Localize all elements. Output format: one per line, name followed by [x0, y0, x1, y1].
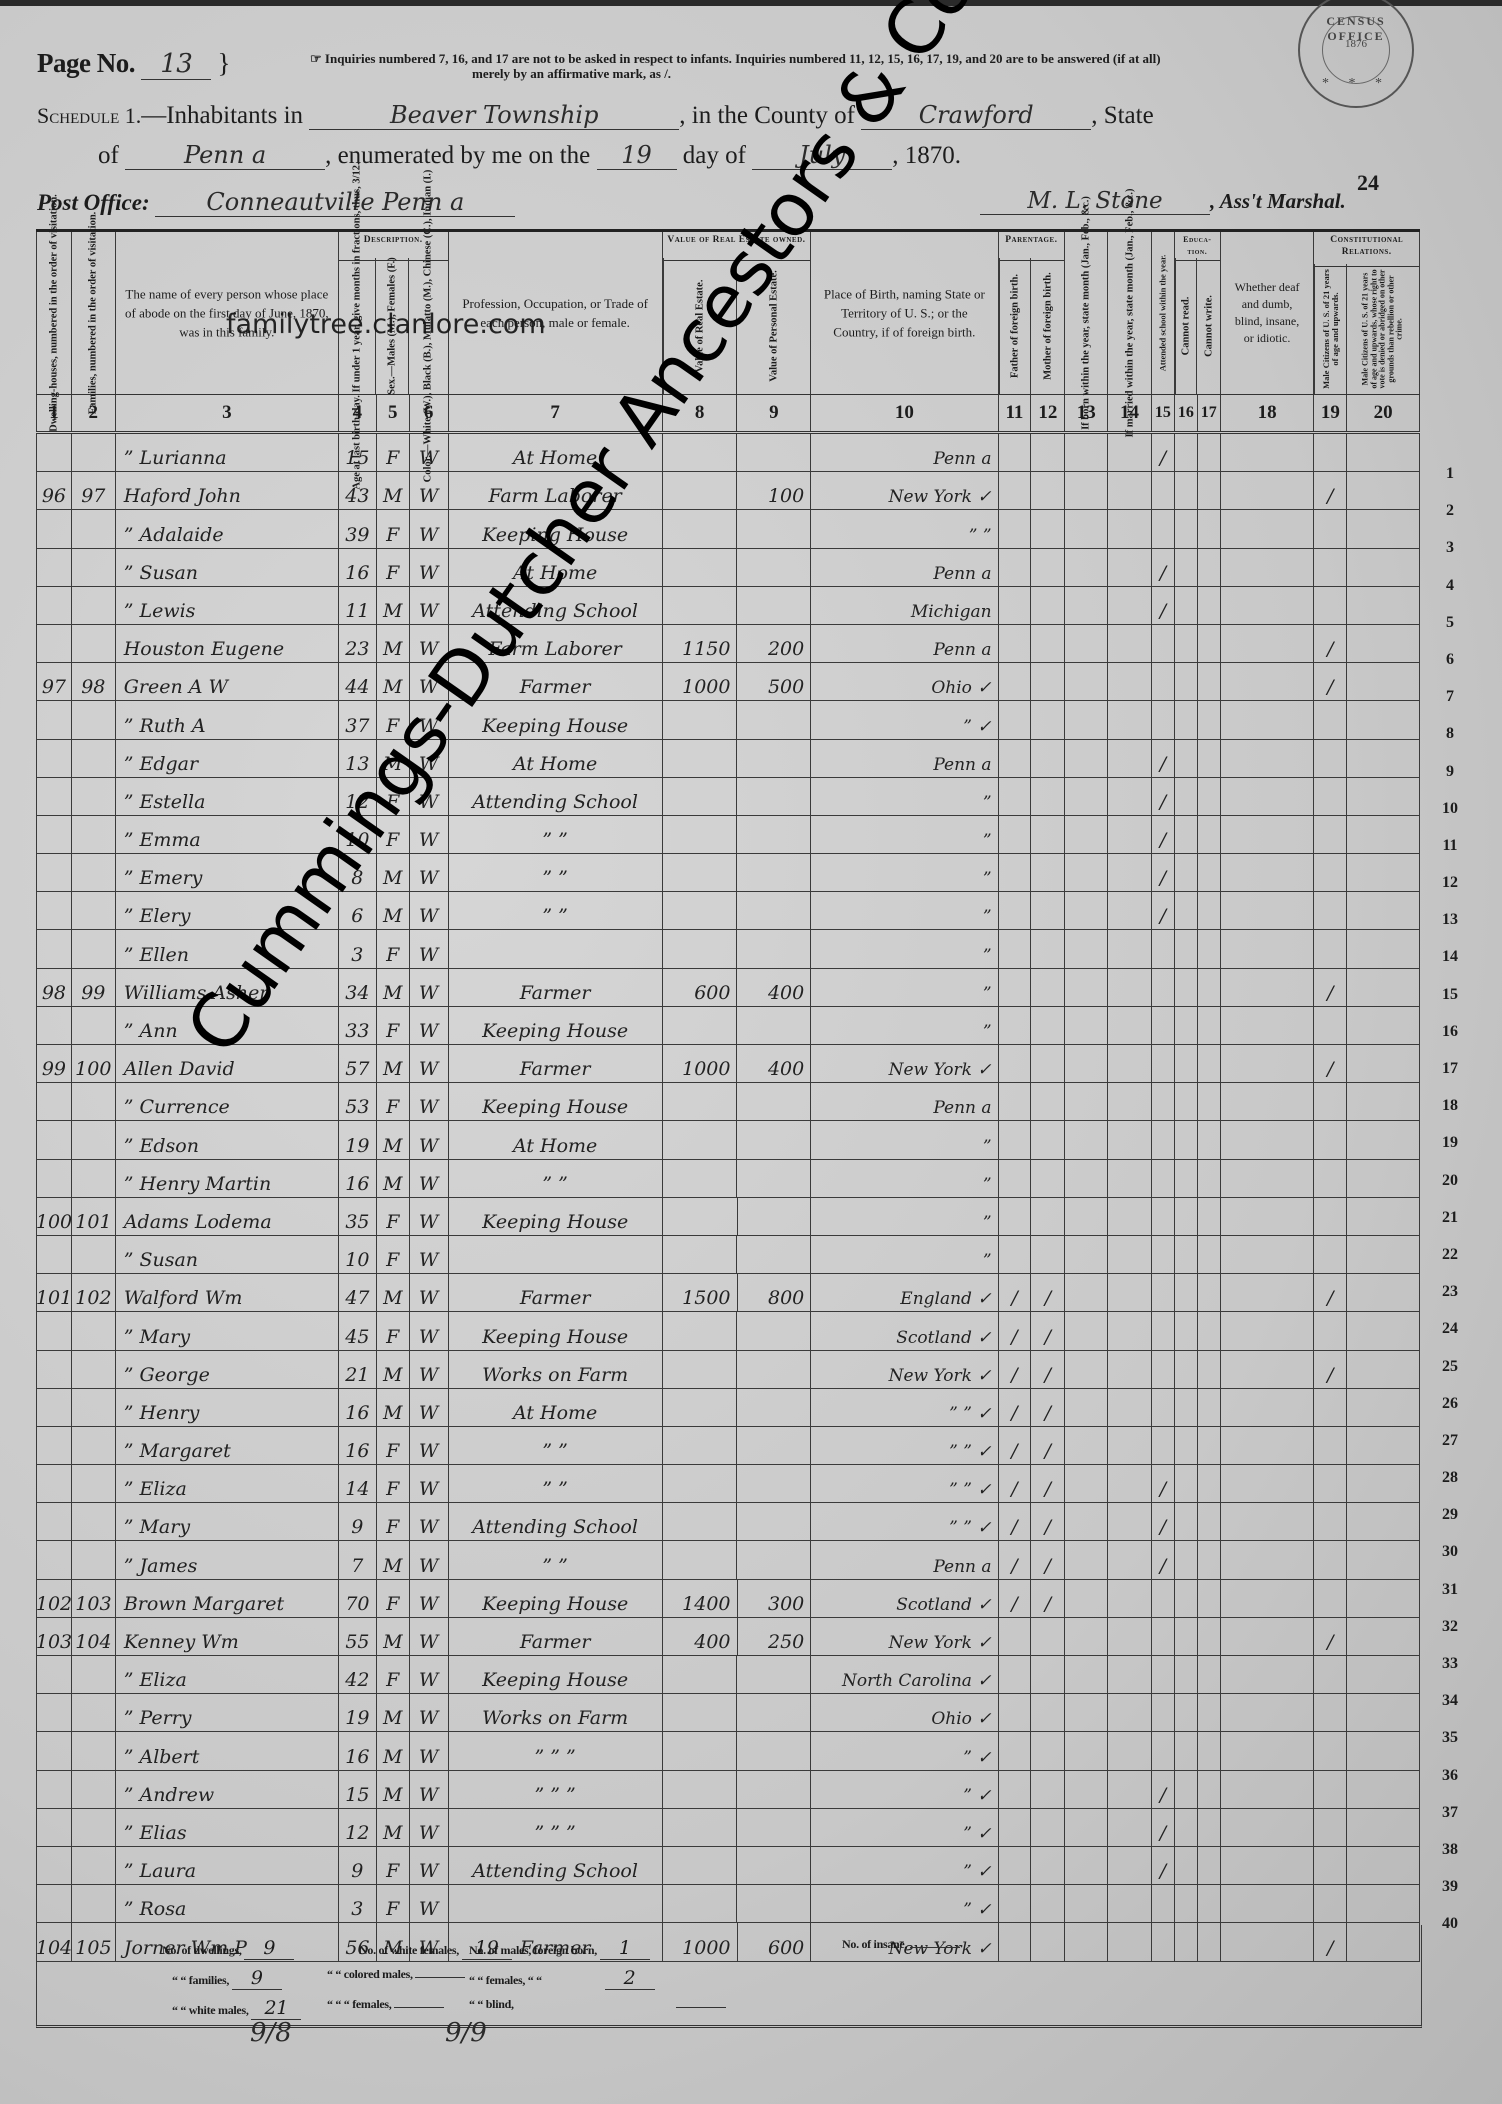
male-citizen-cell [1314, 1541, 1347, 1578]
sex-cell: M [377, 1541, 410, 1578]
disability-cell [1221, 701, 1315, 738]
born-within-year-cell [1065, 1389, 1108, 1426]
born-within-year-cell [1065, 1160, 1108, 1197]
real-estate-value-cell [663, 1847, 738, 1884]
dwelling-number-cell: 99 [36, 1045, 72, 1082]
father-foreign-cell [999, 472, 1032, 509]
occupation-cell: ” ” [449, 1541, 663, 1578]
cannot-read-cell [1175, 1885, 1198, 1922]
summary-blind: “ “ blind, [469, 1997, 726, 2012]
mother-foreign-cell [1031, 1694, 1065, 1731]
attended-school-cell [1152, 1083, 1175, 1120]
birthplace-cell: Scotland ✓ [811, 1580, 998, 1617]
col-born-within-year-header: If born within the year, state month (Ja… [1065, 232, 1108, 394]
vote-denied-cell [1347, 740, 1420, 777]
summary-colored-males: “ “ colored males, [327, 1967, 465, 1982]
male-citizen-cell [1314, 549, 1347, 586]
person-name-cell: ” Edson [116, 1121, 339, 1158]
occupation-cell: Works on Farm [449, 1351, 663, 1388]
vote-denied-cell [1347, 892, 1420, 929]
disability-cell [1221, 1312, 1315, 1349]
family-number-cell: 101 [72, 1198, 116, 1235]
married-within-year-cell [1108, 1809, 1152, 1846]
family-number-cell [72, 1312, 116, 1349]
real-estate-value-cell [663, 1656, 738, 1693]
age-cell: 35 [339, 1198, 377, 1235]
father-foreign-cell [999, 549, 1032, 586]
table-row: ” Edgar13MWAt HomePenn a/ [36, 740, 1420, 778]
color-cell: W [410, 1351, 449, 1388]
dwelling-number-cell [36, 1656, 72, 1693]
personal-estate-value-cell [737, 1771, 811, 1808]
cannot-write-cell [1198, 510, 1221, 547]
born-within-year-cell [1065, 701, 1108, 738]
mother-foreign-cell [1031, 854, 1065, 891]
age-cell: 3 [339, 1885, 377, 1922]
cannot-write-cell [1198, 816, 1221, 853]
real-estate-value-cell [663, 930, 738, 967]
personal-estate-value-cell [737, 1427, 811, 1464]
disability-cell [1221, 1771, 1315, 1808]
male-citizen-cell: / [1314, 969, 1347, 1006]
mother-foreign-cell [1031, 625, 1065, 662]
cannot-read-cell [1175, 1771, 1198, 1808]
father-foreign-cell [999, 778, 1032, 815]
attended-school-cell [1152, 625, 1175, 662]
family-number-cell [72, 1656, 116, 1693]
birthplace-cell: ” [811, 892, 998, 929]
vote-denied-cell [1347, 1694, 1420, 1731]
birthplace-cell: ” [811, 778, 998, 815]
line-number: 21 [1430, 1199, 1470, 1236]
attended-school-cell [1152, 1694, 1175, 1731]
father-foreign-cell [999, 892, 1032, 929]
col-male-citizens-header: Male Citizens of U. S. of 21 years of ag… [1314, 264, 1347, 394]
cannot-read-cell [1175, 472, 1198, 509]
attended-school-cell: / [1152, 434, 1175, 471]
father-foreign-cell [999, 625, 1032, 662]
vote-denied-cell [1347, 1007, 1420, 1044]
birthplace-cell: ” [811, 1121, 998, 1158]
born-within-year-cell [1065, 1236, 1108, 1273]
attended-school-cell [1152, 1274, 1175, 1311]
disability-cell [1221, 1580, 1315, 1617]
mother-foreign-cell [1031, 1656, 1065, 1693]
census-table: Dwelling-houses, numbered in the order o… [36, 229, 1420, 1962]
person-name-cell: ” Lewis [116, 587, 339, 624]
dwelling-number-cell [36, 1083, 72, 1120]
family-number-cell [72, 1236, 116, 1273]
color-cell: W [410, 892, 449, 929]
disability-cell [1221, 1885, 1315, 1922]
attended-school-cell: / [1152, 1771, 1175, 1808]
sex-cell: M [377, 1694, 410, 1731]
table-row: 9798Green A W44MWFarmer1000500Ohio ✓/ [36, 663, 1420, 701]
census-page: CENSUS OFFICE 1876 * * * Page No. 13 } ☞… [0, 0, 1502, 2104]
personal-estate-value-cell [737, 1694, 811, 1731]
male-citizen-cell [1314, 1732, 1347, 1769]
cannot-write-cell [1198, 1732, 1221, 1769]
age-cell: 47 [339, 1274, 377, 1311]
census-rows: ” Lurianna15FWAt HomePenn a/9697Haford J… [36, 434, 1420, 1962]
birthplace-cell: Ohio ✓ [811, 1694, 998, 1731]
personal-estate-value-cell [738, 1198, 812, 1235]
age-cell: 15 [339, 1771, 377, 1808]
dwelling-number-cell [36, 1160, 72, 1197]
cannot-read-cell [1175, 1236, 1198, 1273]
father-foreign-cell [999, 1732, 1032, 1769]
color-cell: W [410, 1312, 449, 1349]
cannot-write-cell [1198, 1541, 1221, 1578]
real-estate-value-cell [663, 1389, 738, 1426]
cannot-read-cell [1175, 1083, 1198, 1120]
birthplace-cell: ” [811, 816, 998, 853]
vote-denied-cell [1347, 1503, 1420, 1540]
birthplace-cell: ” ✓ [811, 1732, 998, 1769]
real-estate-value-cell [663, 1694, 738, 1731]
table-row: ” Rosa3FW” ✓ [36, 1885, 1420, 1923]
cannot-read-cell [1175, 1465, 1198, 1502]
disability-cell [1221, 1236, 1315, 1273]
born-within-year-cell [1065, 434, 1108, 471]
male-citizen-cell [1314, 1694, 1347, 1731]
male-citizen-cell [1314, 1121, 1347, 1158]
mother-foreign-cell [1031, 472, 1065, 509]
education-group: Educa-tion. Cannot read. Cannot write. [1175, 232, 1221, 394]
real-estate-value-cell: 1000 [663, 663, 738, 700]
personal-estate-value-cell [737, 1885, 811, 1922]
real-estate-value-cell [663, 587, 738, 624]
color-cell: W [410, 1656, 449, 1693]
real-estate-value-cell [663, 701, 738, 738]
personal-estate-value-cell [737, 1847, 811, 1884]
person-name-cell: ” Mary [116, 1503, 339, 1540]
born-within-year-cell [1065, 1045, 1108, 1082]
mother-foreign-cell: / [1031, 1274, 1065, 1311]
personal-estate-value-cell [737, 1083, 811, 1120]
birthplace-cell: Penn a [811, 625, 998, 662]
vote-denied-cell [1347, 1427, 1420, 1464]
born-within-year-cell [1065, 1771, 1108, 1808]
birthplace-cell: Penn a [811, 740, 998, 777]
male-citizen-cell [1314, 1465, 1347, 1502]
sex-cell: F [377, 1083, 410, 1120]
family-number-cell [72, 549, 116, 586]
family-number-cell [72, 1427, 116, 1464]
cannot-read-cell [1175, 778, 1198, 815]
person-name-cell: ” Ruth A [116, 701, 339, 738]
father-foreign-cell [999, 1160, 1032, 1197]
summary-families: “ “ families, 9 [172, 1967, 282, 1990]
personal-estate-value-cell: 200 [737, 625, 811, 662]
line-number: 32 [1430, 1608, 1470, 1645]
line-number: 28 [1430, 1459, 1470, 1496]
birthplace-cell: ” [811, 854, 998, 891]
cannot-read-cell [1175, 816, 1198, 853]
male-citizen-cell [1314, 1007, 1347, 1044]
real-estate-value-cell [663, 510, 738, 547]
male-citizen-cell [1314, 778, 1347, 815]
occupation-cell: Farmer [449, 1274, 663, 1311]
real-estate-value-cell [663, 1160, 738, 1197]
age-cell: 9 [339, 1503, 377, 1540]
vote-denied-cell [1347, 854, 1420, 891]
color-cell: W [410, 510, 449, 547]
vote-denied-cell [1347, 930, 1420, 967]
married-within-year-cell [1108, 1580, 1152, 1617]
married-within-year-cell [1108, 854, 1152, 891]
page-number-value: 13 [141, 49, 211, 80]
age-cell: 16 [339, 549, 377, 586]
sex-cell: M [377, 472, 410, 509]
attended-school-cell: / [1152, 854, 1175, 891]
father-foreign-cell [999, 1198, 1032, 1235]
age-cell: 43 [339, 472, 377, 509]
sex-cell: M [377, 1389, 410, 1426]
mother-foreign-cell [1031, 587, 1065, 624]
father-foreign-cell: / [999, 1274, 1032, 1311]
sex-cell: F [377, 434, 410, 471]
cannot-read-cell [1175, 1809, 1198, 1846]
disability-cell [1221, 1351, 1315, 1388]
cannot-write-cell [1198, 778, 1221, 815]
cannot-read-cell [1175, 1847, 1198, 1884]
real-estate-value-cell [663, 778, 738, 815]
married-within-year-cell [1108, 663, 1152, 700]
married-within-year-cell [1108, 1083, 1152, 1120]
personal-estate-value-cell [737, 1312, 811, 1349]
family-number-cell [72, 587, 116, 624]
age-cell: 34 [339, 969, 377, 1006]
occupation-cell: Farmer [449, 969, 663, 1006]
color-cell: W [410, 1580, 449, 1617]
cannot-write-cell [1198, 1771, 1221, 1808]
married-within-year-cell [1108, 1656, 1152, 1693]
color-cell: W [410, 854, 449, 891]
family-number-cell [72, 892, 116, 929]
sex-cell: F [377, 1198, 410, 1235]
sex-cell: M [377, 1809, 410, 1846]
line-number: 15 [1430, 976, 1470, 1013]
sex-cell: M [377, 1160, 410, 1197]
table-row: ” Laura9FWAttending School” ✓/ [36, 1847, 1420, 1885]
age-cell: 16 [339, 1389, 377, 1426]
married-within-year-cell [1108, 701, 1152, 738]
sex-cell: M [377, 1351, 410, 1388]
personal-estate-value-cell [737, 1236, 811, 1273]
mother-foreign-cell: / [1031, 1312, 1065, 1349]
birthplace-cell: ” ✓ [811, 1885, 998, 1922]
parentage-group: Parentage. Father of foreign birth. Moth… [999, 232, 1066, 394]
attended-school-cell: / [1152, 778, 1175, 815]
table-row: Houston Eugene23MWFarm Laborer1150200Pen… [36, 625, 1420, 663]
col-family-header: Families, numbered in the order of visit… [72, 232, 116, 394]
color-cell: W [410, 816, 449, 853]
mother-foreign-cell [1031, 549, 1065, 586]
age-cell: 42 [339, 1656, 377, 1693]
family-number-cell [72, 1694, 116, 1731]
sex-cell: F [377, 1847, 410, 1884]
color-cell: W [410, 1503, 449, 1540]
attended-school-cell [1152, 1580, 1175, 1617]
dwelling-number-cell [36, 1503, 72, 1540]
mother-foreign-cell: / [1031, 1465, 1065, 1502]
birthplace-cell: Penn a [811, 549, 998, 586]
disability-cell [1221, 1083, 1315, 1120]
sex-cell: M [377, 1732, 410, 1769]
family-number-cell [72, 1771, 116, 1808]
male-citizen-cell [1314, 1236, 1347, 1273]
color-cell: W [410, 1274, 449, 1311]
line-number: 23 [1430, 1273, 1470, 1310]
male-citizen-cell: / [1314, 625, 1347, 662]
male-citizen-cell [1314, 1312, 1347, 1349]
personal-estate-value-cell [737, 1732, 811, 1769]
disability-cell [1221, 1465, 1315, 1502]
occupation-cell: Works on Farm [449, 1694, 663, 1731]
born-within-year-cell [1065, 587, 1108, 624]
cannot-write-cell [1198, 663, 1221, 700]
married-within-year-cell [1108, 472, 1152, 509]
occupation-cell: ” ” [449, 892, 663, 929]
married-within-year-cell [1108, 1236, 1152, 1273]
age-cell: 44 [339, 663, 377, 700]
disability-cell [1221, 1503, 1315, 1540]
age-cell: 45 [339, 1312, 377, 1349]
father-foreign-cell [999, 1885, 1032, 1922]
born-within-year-cell [1065, 969, 1108, 1006]
birthplace-cell: Scotland ✓ [811, 1312, 998, 1349]
marshal-line: M. L. Stone, Ass't Marshal. [980, 188, 1346, 215]
schedule-line: Schedule 1.—Inhabitants in Beaver Townsh… [37, 101, 1154, 130]
personal-estate-value-cell [737, 701, 811, 738]
cannot-read-cell [1175, 549, 1198, 586]
vote-denied-cell [1347, 625, 1420, 662]
occupation-cell: ” ” [449, 854, 663, 891]
born-within-year-cell [1065, 510, 1108, 547]
dwelling-number-cell: 103 [36, 1618, 72, 1655]
personal-estate-value-cell: 800 [738, 1274, 812, 1311]
real-estate-value-cell: 400 [663, 1618, 738, 1655]
dwelling-number-cell [36, 1351, 72, 1388]
father-foreign-cell [999, 930, 1032, 967]
occupation-cell [449, 1885, 663, 1922]
cannot-write-cell [1198, 1885, 1221, 1922]
dwelling-number-cell [36, 740, 72, 777]
dwelling-number-cell [36, 1885, 72, 1922]
color-cell: W [410, 969, 449, 1006]
attended-school-cell: / [1152, 740, 1175, 777]
vote-denied-cell [1347, 816, 1420, 853]
dwelling-number-cell [36, 1809, 72, 1846]
occupation-cell [449, 1236, 663, 1273]
sex-cell: M [377, 1771, 410, 1808]
cannot-write-cell [1198, 1389, 1221, 1426]
married-within-year-cell [1108, 969, 1152, 1006]
table-row: ” Henry16MWAt Home” ” ✓// [36, 1389, 1420, 1427]
family-number-cell [72, 778, 116, 815]
color-cell: W [410, 1160, 449, 1197]
disability-cell [1221, 1656, 1315, 1693]
color-cell: W [410, 1083, 449, 1120]
male-citizen-cell [1314, 740, 1347, 777]
cannot-read-cell [1175, 663, 1198, 700]
personal-estate-value-cell [737, 1160, 811, 1197]
cannot-write-cell [1198, 1312, 1221, 1349]
line-number: 12 [1430, 864, 1470, 901]
dwelling-number-cell [36, 778, 72, 815]
sex-cell: M [377, 892, 410, 929]
family-number-cell: 100 [72, 1045, 116, 1082]
cannot-write-cell [1198, 1045, 1221, 1082]
disability-cell [1221, 1121, 1315, 1158]
father-foreign-cell [999, 1083, 1032, 1120]
age-cell: 10 [339, 1236, 377, 1273]
color-cell: W [410, 1885, 449, 1922]
born-within-year-cell [1065, 1847, 1108, 1884]
married-within-year-cell [1108, 625, 1152, 662]
line-number: 5 [1430, 604, 1470, 641]
line-number: 20 [1430, 1162, 1470, 1199]
mother-foreign-cell [1031, 1809, 1065, 1846]
township-field: Beaver Township [309, 101, 679, 130]
family-number-cell [72, 740, 116, 777]
vote-denied-cell [1347, 1885, 1420, 1922]
personal-estate-value-cell [737, 1351, 811, 1388]
attended-school-cell [1152, 510, 1175, 547]
mother-foreign-cell [1031, 510, 1065, 547]
occupation-cell: Attending School [449, 1503, 663, 1540]
table-row: ” Eliza42FWKeeping HouseNorth Carolina ✓ [36, 1656, 1420, 1694]
disability-cell [1221, 1007, 1315, 1044]
birthplace-cell: ” ✓ [811, 701, 998, 738]
marshal-name: M. L. Stone [980, 188, 1210, 215]
personal-estate-value-cell [737, 892, 811, 929]
disability-cell [1221, 1389, 1315, 1426]
married-within-year-cell [1108, 1771, 1152, 1808]
disability-cell [1221, 1427, 1315, 1464]
male-citizen-cell [1314, 1809, 1347, 1846]
father-foreign-cell [999, 816, 1032, 853]
personal-estate-value-cell [737, 930, 811, 967]
personal-estate-value-cell: 300 [738, 1580, 812, 1617]
vote-denied-cell [1347, 1236, 1420, 1273]
sex-cell: F [377, 1656, 410, 1693]
birthplace-cell: ” ” ✓ [811, 1389, 998, 1426]
born-within-year-cell [1065, 1656, 1108, 1693]
line-number: 7 [1430, 678, 1470, 715]
cannot-read-cell [1175, 510, 1198, 547]
real-estate-value-cell [663, 1771, 738, 1808]
vote-denied-cell [1347, 434, 1420, 471]
table-row: ” Currence53FWKeeping HousePenn a [36, 1083, 1420, 1121]
vote-denied-cell [1347, 1809, 1420, 1846]
personal-estate-value-cell: 100 [737, 472, 811, 509]
mother-foreign-cell [1031, 892, 1065, 929]
sex-cell: F [377, 1580, 410, 1617]
line-numbers: 1234567891011121314151617181920212223242… [1430, 455, 1470, 1943]
occupation-cell: ” ” ” [449, 1732, 663, 1769]
family-number-cell [72, 1083, 116, 1120]
father-foreign-cell [999, 663, 1032, 700]
col-school-header: Attended school within the year. [1152, 232, 1175, 394]
married-within-year-cell [1108, 1007, 1152, 1044]
mother-foreign-cell [1031, 778, 1065, 815]
dwelling-number-cell [36, 816, 72, 853]
family-number-cell [72, 510, 116, 547]
male-citizen-cell [1314, 1771, 1347, 1808]
attended-school-cell [1152, 1045, 1175, 1082]
